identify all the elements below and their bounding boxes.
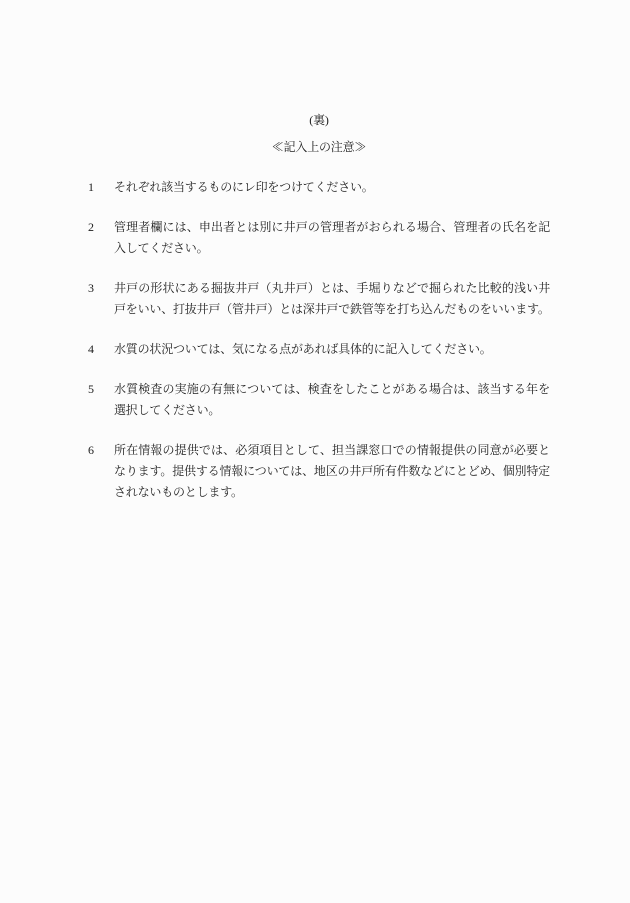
note-item-4: 4 水質の状況ついては、気になる点があれば具体的に記入してください。 — [88, 339, 550, 360]
note-text: 井戸の形状にある掘抜井戸（丸井戸）とは、手堀りなどで掘られた比較的浅い井戸をいい… — [114, 278, 550, 320]
note-number: 6 — [88, 440, 114, 503]
note-number: 4 — [88, 339, 114, 360]
note-text: 水質検査の実施の有無については、検査をしたことがある場合は、該当する年を選択して… — [114, 379, 550, 421]
note-item-3: 3 井戸の形状にある掘抜井戸（丸井戸）とは、手堀りなどで掘られた比較的浅い井戸を… — [88, 278, 550, 320]
note-text: それぞれ該当するものにレ印をつけてください。 — [114, 177, 550, 198]
note-text: 水質の状況ついては、気になる点があれば具体的に記入してください。 — [114, 339, 550, 360]
note-number: 2 — [88, 217, 114, 259]
page-side-label: (裏) — [88, 110, 550, 131]
document-page: (裏) ≪記入上の注意≫ 1 それぞれ該当するものにレ印をつけてください。 2 … — [88, 110, 550, 503]
note-item-2: 2 管理者欄には、申出者とは別に井戸の管理者がおられる場合、管理者の氏名を記入し… — [88, 217, 550, 259]
note-number: 5 — [88, 379, 114, 421]
note-item-5: 5 水質検査の実施の有無については、検査をしたことがある場合は、該当する年を選択… — [88, 379, 550, 421]
note-item-1: 1 それぞれ該当するものにレ印をつけてください。 — [88, 177, 550, 198]
note-text: 所在情報の提供では、必須項目として、担当課窓口での情報提供の同意が必要となります… — [114, 440, 550, 503]
note-number: 3 — [88, 278, 114, 320]
page-title: ≪記入上の注意≫ — [88, 137, 550, 158]
notes-list: 1 それぞれ該当するものにレ印をつけてください。 2 管理者欄には、申出者とは別… — [88, 177, 550, 503]
note-item-6: 6 所在情報の提供では、必須項目として、担当課窓口での情報提供の同意が必要となり… — [88, 440, 550, 503]
note-number: 1 — [88, 177, 114, 198]
document-header: (裏) ≪記入上の注意≫ — [88, 110, 550, 158]
note-text: 管理者欄には、申出者とは別に井戸の管理者がおられる場合、管理者の氏名を記入してく… — [114, 217, 550, 259]
